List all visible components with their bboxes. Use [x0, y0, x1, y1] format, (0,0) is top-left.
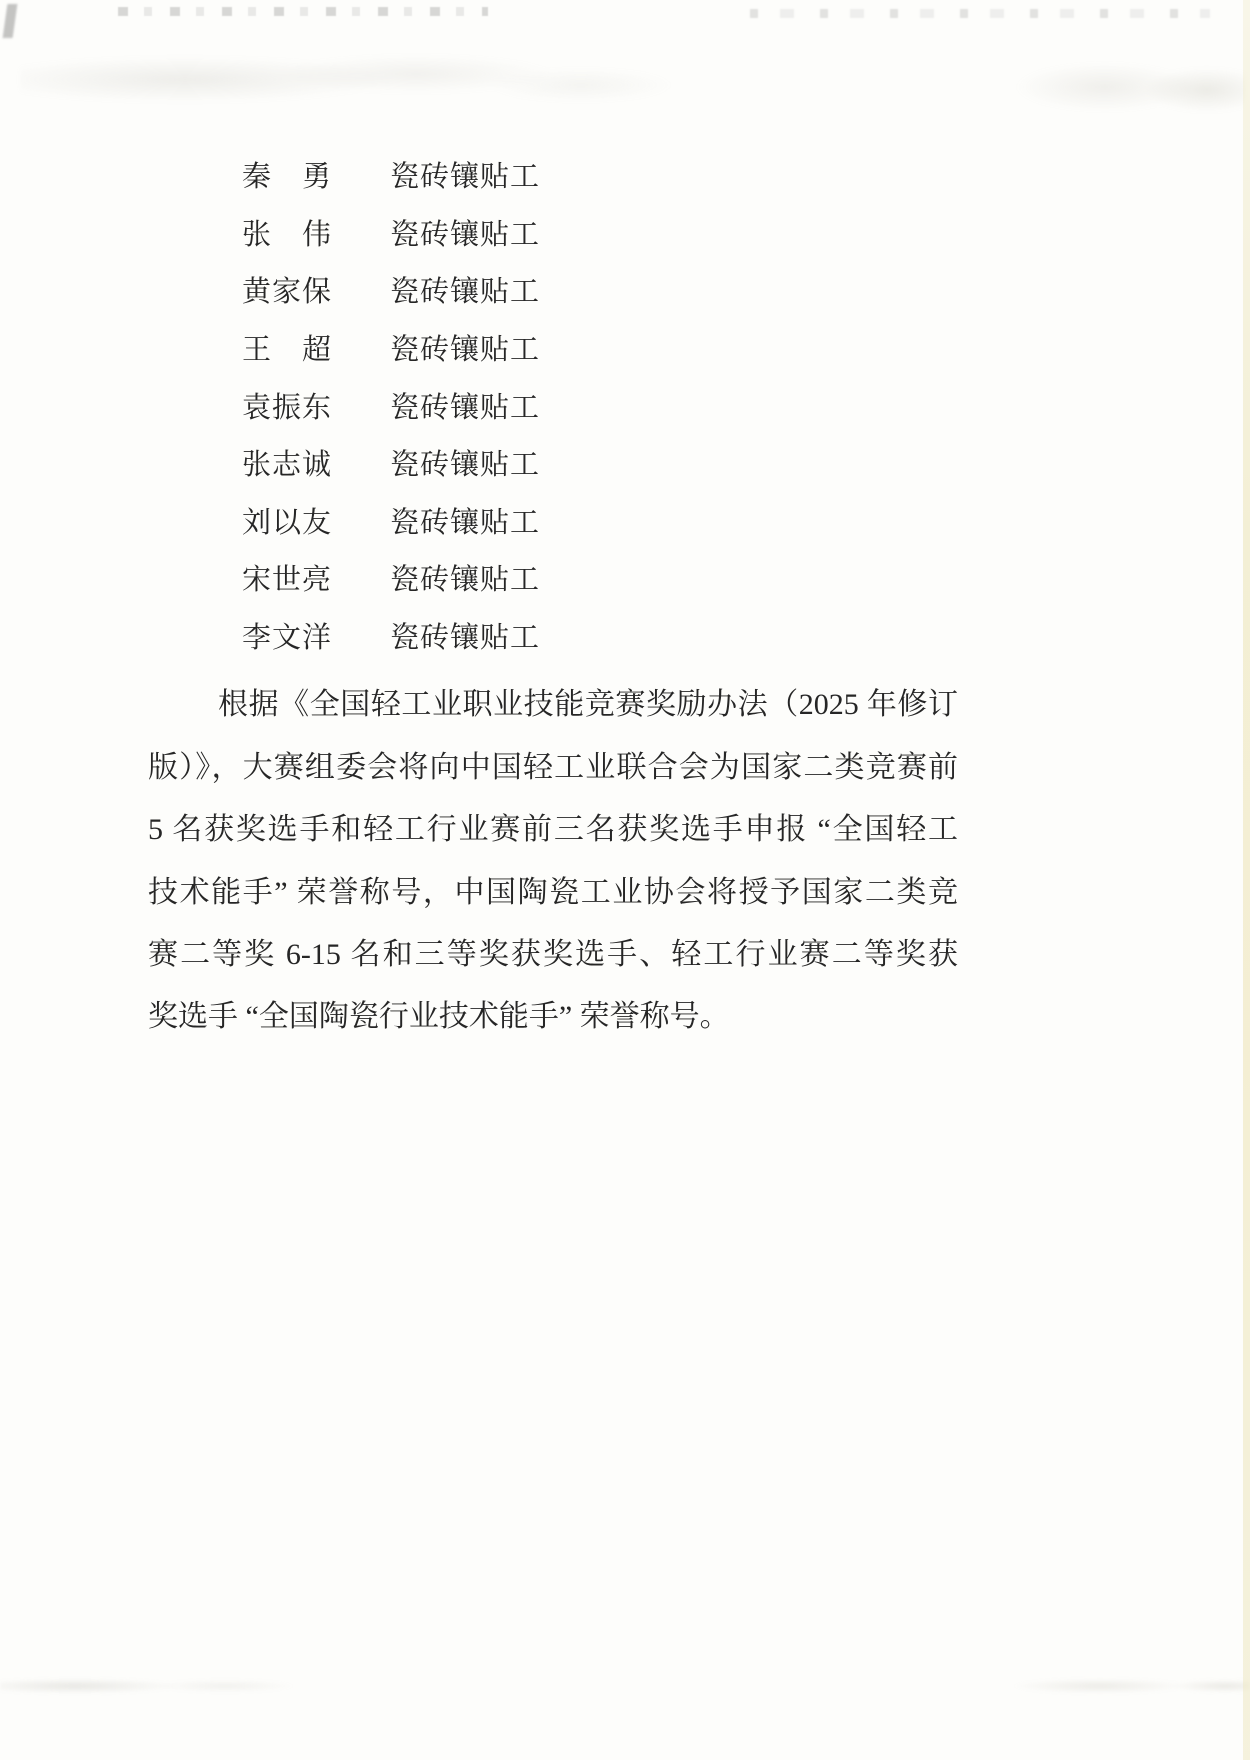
paragraph-line: 根据《全国轻工业职业技能竞赛奖励办法（2025 年修订 [148, 674, 958, 736]
winner-name: 秦 勇 [242, 154, 390, 195]
winner-trade: 瓷砖镶贴工 [390, 269, 540, 310]
scan-page-edge [1243, 0, 1250, 1760]
award-paragraph: 根据《全国轻工业职业技能竞赛奖励办法（2025 年修订 版）》，大赛组委会将向中… [148, 674, 958, 1048]
winner-name: 王 超 [242, 327, 390, 368]
paragraph-line: 赛二等奖 6-15 名和三等奖获奖选手、轻工行业赛二等奖获 [148, 924, 958, 986]
winner-row: 宋世亮 瓷砖镶贴工 [148, 549, 958, 607]
winner-trade: 瓷砖镶贴工 [390, 154, 540, 195]
paragraph-line: 版）》，大赛组委会将向中国轻工业联合会为国家二类竞赛前 [148, 737, 958, 799]
winner-row: 张志诚 瓷砖镶贴工 [148, 434, 958, 492]
winner-trade: 瓷砖镶贴工 [390, 500, 540, 541]
winner-row: 王 超 瓷砖镶贴工 [148, 319, 958, 377]
winner-row: 秦 勇 瓷砖镶贴工 [148, 146, 958, 204]
winner-row: 袁振东 瓷砖镶贴工 [148, 376, 958, 434]
winner-name: 袁振东 [242, 385, 390, 426]
winner-trade: 瓷砖镶贴工 [390, 615, 540, 656]
scan-noise-top-left [118, 7, 488, 16]
winner-name: 张志诚 [242, 442, 390, 483]
paragraph-line: 奖选手 “全国陶瓷行业技术能手” 荣誉称号。 [148, 986, 958, 1048]
winner-trade: 瓷砖镶贴工 [390, 212, 540, 253]
winner-name: 黄家保 [242, 269, 390, 310]
winner-name: 宋世亮 [242, 557, 390, 598]
document-content: 秦 勇 瓷砖镶贴工 张 伟 瓷砖镶贴工 黄家保 瓷砖镶贴工 王 超 瓷砖镶贴工 … [148, 146, 958, 1049]
document-page: 秦 勇 瓷砖镶贴工 张 伟 瓷砖镶贴工 黄家保 瓷砖镶贴工 王 超 瓷砖镶贴工 … [0, 0, 1250, 1760]
winner-name: 张 伟 [242, 212, 390, 253]
paragraph-line: 5 名获奖选手和轻工行业赛前三名获奖选手申报 “全国轻工 [148, 799, 958, 861]
winner-name: 李文洋 [242, 615, 390, 656]
scan-bleedthrough-left [20, 52, 680, 107]
paragraph-line: 技术能手” 荣誉称号，中国陶瓷工业协会将授予国家二类竞 [148, 862, 958, 924]
scan-smudge-bottom [0, 1678, 1250, 1694]
winner-trade: 瓷砖镶贴工 [390, 327, 540, 368]
scan-corner-mark [3, 4, 18, 38]
winner-name: 刘以友 [242, 500, 390, 541]
winner-list: 秦 勇 瓷砖镶贴工 张 伟 瓷砖镶贴工 黄家保 瓷砖镶贴工 王 超 瓷砖镶贴工 … [148, 146, 958, 664]
winner-trade: 瓷砖镶贴工 [390, 385, 540, 426]
winner-row: 黄家保 瓷砖镶贴工 [148, 261, 958, 319]
scan-noise-top-right [750, 9, 1210, 18]
winner-trade: 瓷砖镶贴工 [390, 557, 540, 598]
winner-row: 张 伟 瓷砖镶贴工 [148, 204, 958, 262]
winner-row: 李文洋 瓷砖镶贴工 [148, 607, 958, 665]
scan-bleedthrough-right [990, 58, 1245, 116]
winner-row: 刘以友 瓷砖镶贴工 [148, 492, 958, 550]
winner-trade: 瓷砖镶贴工 [390, 442, 540, 483]
